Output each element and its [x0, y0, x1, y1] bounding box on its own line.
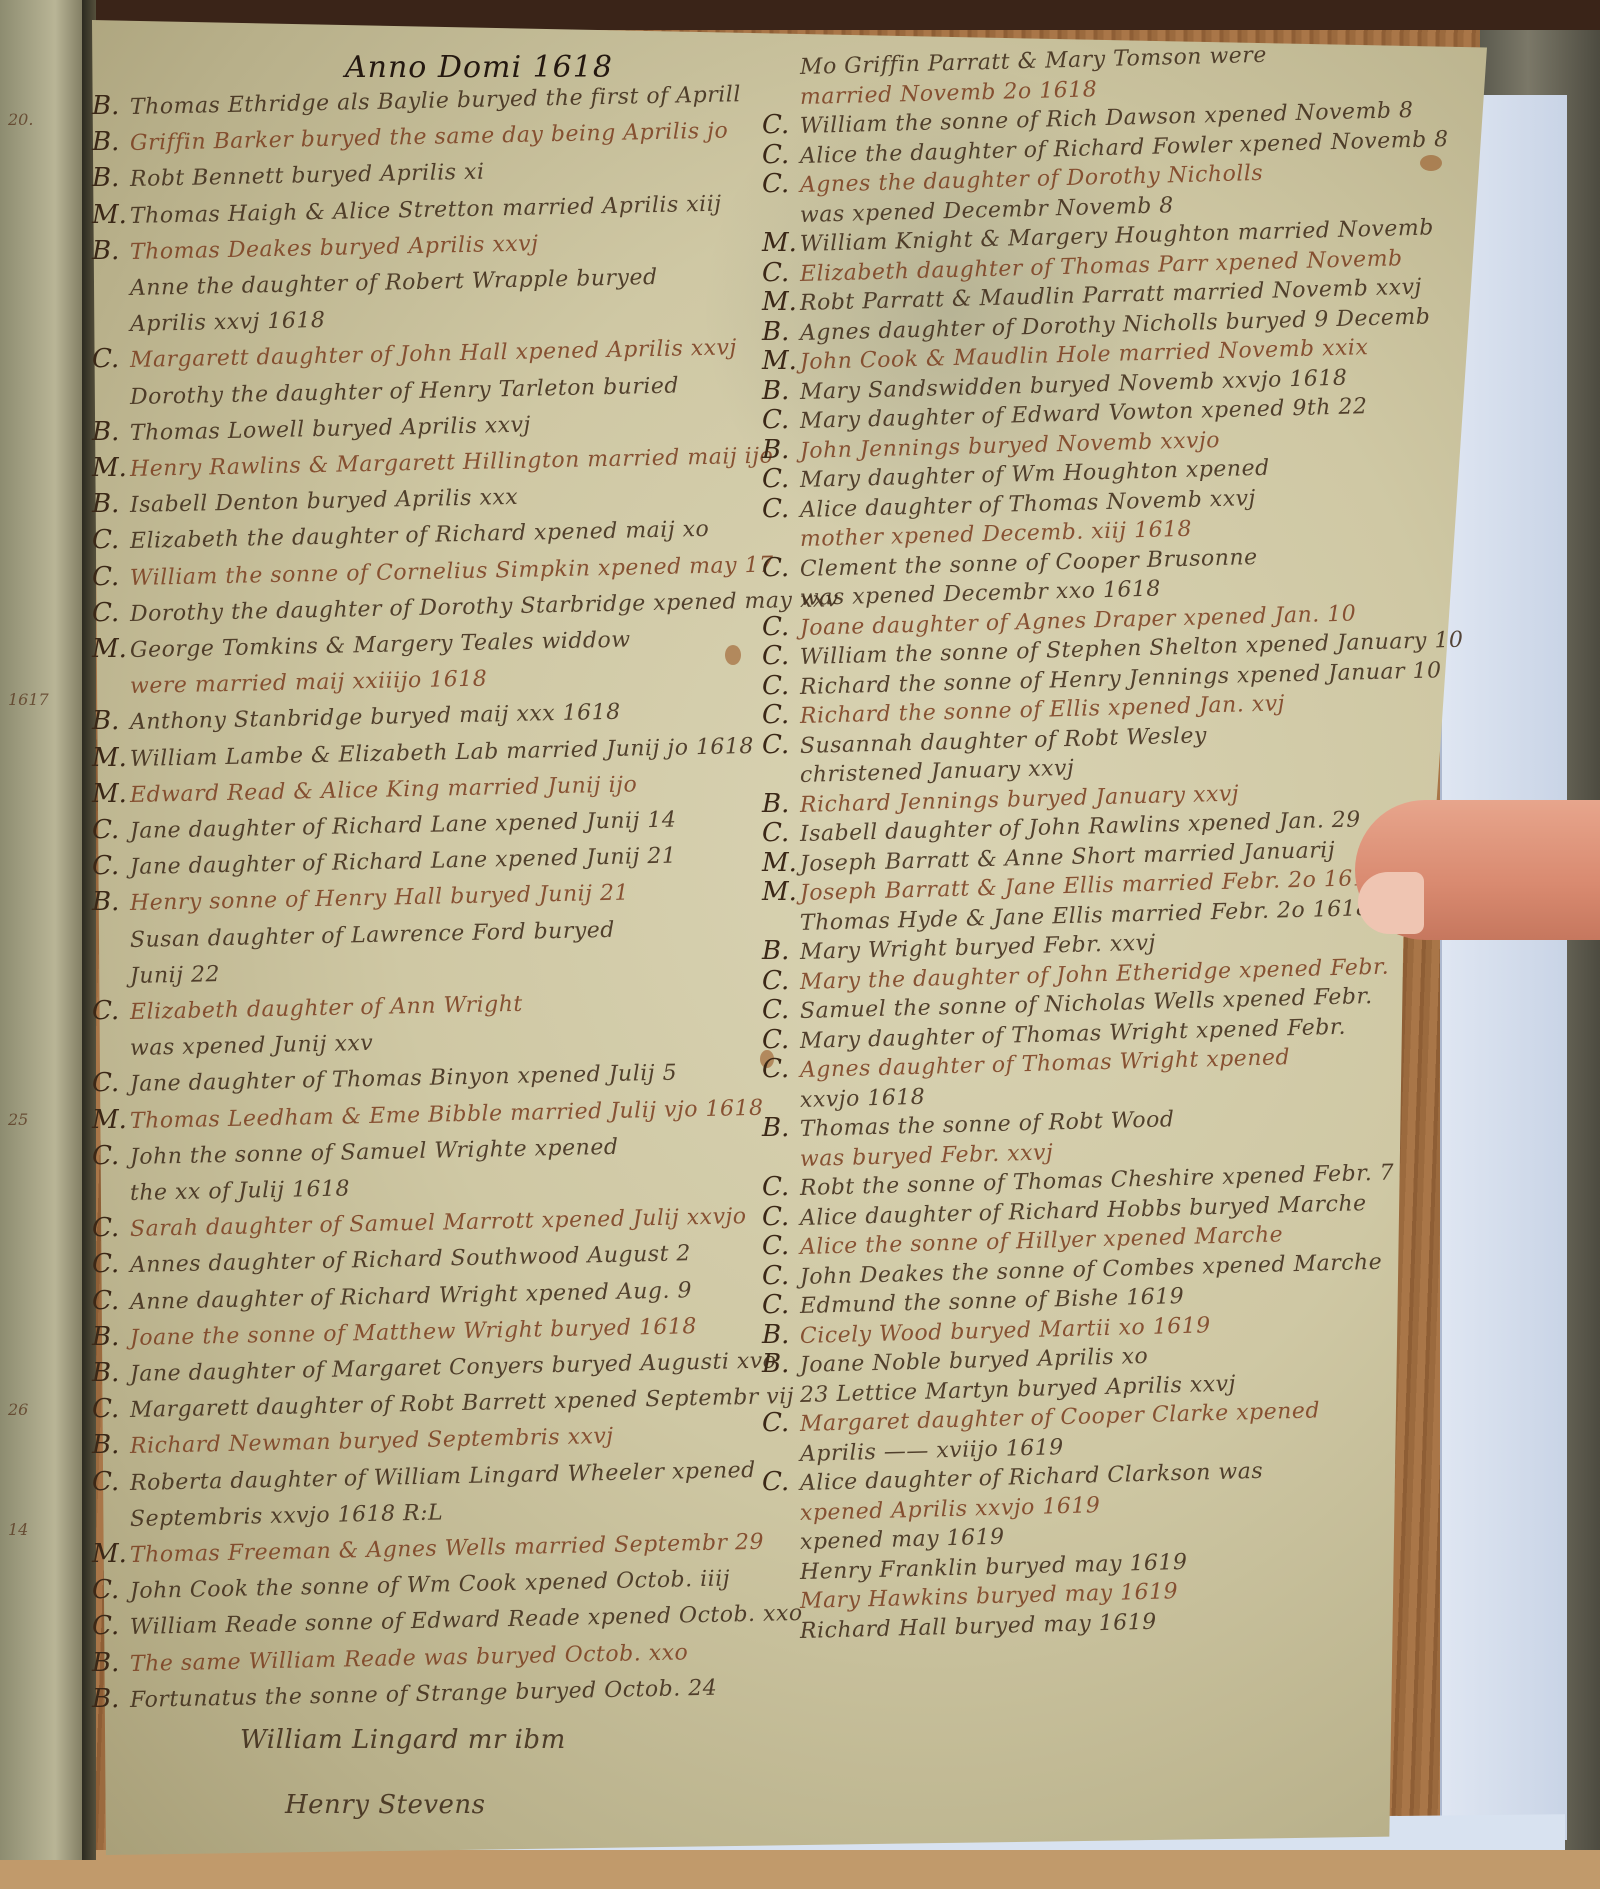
entry-type-mark: C. — [92, 996, 119, 1026]
entry-type-mark: B. — [92, 1684, 119, 1714]
entry-type-mark: C. — [762, 1202, 789, 1232]
entry-type-mark: C. — [762, 730, 789, 760]
entry-type-mark: C. — [92, 1575, 119, 1605]
table-edge — [0, 1850, 1600, 1889]
entry-type-mark: C. — [762, 1025, 789, 1055]
entry-type-mark: C. — [762, 140, 789, 170]
entry-type-mark: M. — [92, 743, 127, 773]
entry-type-mark: B. — [92, 1648, 119, 1678]
entry-type-mark: B. — [762, 1113, 789, 1143]
entry-type-mark: C. — [92, 1068, 119, 1098]
entry-type-mark: C. — [762, 494, 789, 524]
entry-type-mark: M. — [92, 779, 127, 809]
entry-type-mark: B. — [92, 489, 119, 519]
entry-type-mark: M. — [762, 346, 797, 376]
entry-type-mark: B. — [92, 163, 119, 193]
entry-type-mark: C. — [92, 1249, 119, 1279]
signature: William Lingard mr ibm — [240, 1725, 566, 1755]
entry-type-mark: C. — [92, 1213, 119, 1243]
register-entry: xxvjo 1618 — [800, 1084, 926, 1112]
entry-type-mark: C. — [92, 1286, 119, 1316]
entry-type-mark: B. — [762, 936, 789, 966]
entry-type-mark: C. — [92, 1141, 119, 1171]
entry-type-mark: C. — [92, 562, 119, 592]
entry-type-mark: C. — [762, 1231, 789, 1261]
entry-type-mark: C. — [92, 1611, 119, 1641]
entry-type-mark: C. — [762, 995, 789, 1025]
entry-type-mark: B. — [762, 1320, 789, 1350]
entry-type-mark: C. — [762, 258, 789, 288]
entry-type-mark: B. — [92, 1322, 119, 1352]
margin-mark: 14 — [8, 1520, 28, 1539]
entry-type-mark: B. — [92, 1430, 119, 1460]
entry-type-mark: M. — [92, 453, 127, 483]
margin-mark: 25 — [8, 1110, 28, 1129]
fingernail — [1358, 872, 1424, 934]
entry-type-mark: B. — [762, 789, 789, 819]
register-entry: was xpened Junij xxv — [130, 1031, 374, 1061]
entry-type-mark: C. — [762, 671, 789, 701]
entry-type-mark: M. — [92, 200, 127, 230]
register-entry: the xx of Julij 1618 — [130, 1176, 351, 1206]
entry-type-mark: C. — [762, 405, 789, 435]
entry-type-mark: B. — [762, 317, 789, 347]
entry-type-mark: C. — [762, 966, 789, 996]
entry-type-mark: M. — [92, 1539, 127, 1569]
entry-type-mark: B. — [92, 91, 119, 121]
entry-type-mark: C. — [92, 344, 119, 374]
entry-type-mark: B. — [92, 127, 119, 157]
entry-type-mark: B. — [92, 1358, 119, 1388]
entry-type-mark: M. — [762, 848, 797, 878]
margin-mark: 20. — [8, 110, 33, 129]
entry-type-mark: C. — [762, 110, 789, 140]
entry-type-mark: C. — [92, 815, 119, 845]
entry-type-mark: C. — [92, 525, 119, 555]
entry-type-mark: M. — [762, 877, 797, 907]
entry-type-mark: C. — [762, 169, 789, 199]
page-heading: Anno Domi 1618 — [345, 50, 613, 85]
entry-type-mark: B. — [762, 376, 789, 406]
register-entry: xpened may 1619 — [800, 1525, 1005, 1555]
entry-type-mark: B. — [92, 236, 119, 266]
entry-type-mark: M. — [762, 287, 797, 317]
entry-type-mark: M. — [762, 228, 797, 258]
ink-stain — [1420, 155, 1442, 171]
entry-type-mark: B. — [92, 887, 119, 917]
entry-type-mark: M. — [92, 1105, 127, 1135]
entry-type-mark: C. — [92, 1394, 119, 1424]
entry-type-mark: C. — [762, 464, 789, 494]
entry-type-mark: B. — [92, 417, 119, 447]
margin-mark: 26 — [8, 1400, 28, 1419]
entry-type-mark: B. — [92, 706, 119, 736]
entry-type-mark: C. — [762, 641, 789, 671]
entry-type-mark: C. — [762, 612, 789, 642]
register-entry: Junij 22 — [130, 962, 221, 989]
register-entry: Aprilis xxvj 1618 — [130, 308, 326, 337]
entry-type-mark: C. — [92, 1467, 119, 1497]
entry-type-mark: C. — [92, 851, 119, 881]
entry-type-mark: C. — [762, 553, 789, 583]
entry-type-mark: C. — [762, 1408, 789, 1438]
entry-type-mark: C. — [762, 1290, 789, 1320]
entry-type-mark: C. — [762, 700, 789, 730]
entry-type-mark: C. — [762, 818, 789, 848]
previous-page-edge: 20. 1617 25 26 14 — [0, 0, 92, 1860]
entry-type-mark: C. — [762, 1467, 789, 1497]
signature: Henry Stevens — [285, 1790, 486, 1820]
entry-type-mark: B. — [762, 435, 789, 465]
entry-type-mark: C. — [92, 598, 119, 628]
ink-stain — [725, 645, 741, 665]
entry-type-mark: C. — [762, 1054, 789, 1084]
margin-mark: 1617 — [8, 690, 49, 709]
entry-type-mark: M. — [92, 634, 127, 664]
entry-type-mark: C. — [762, 1172, 789, 1202]
entry-type-mark: C. — [762, 1261, 789, 1291]
entry-type-mark: B. — [762, 1349, 789, 1379]
